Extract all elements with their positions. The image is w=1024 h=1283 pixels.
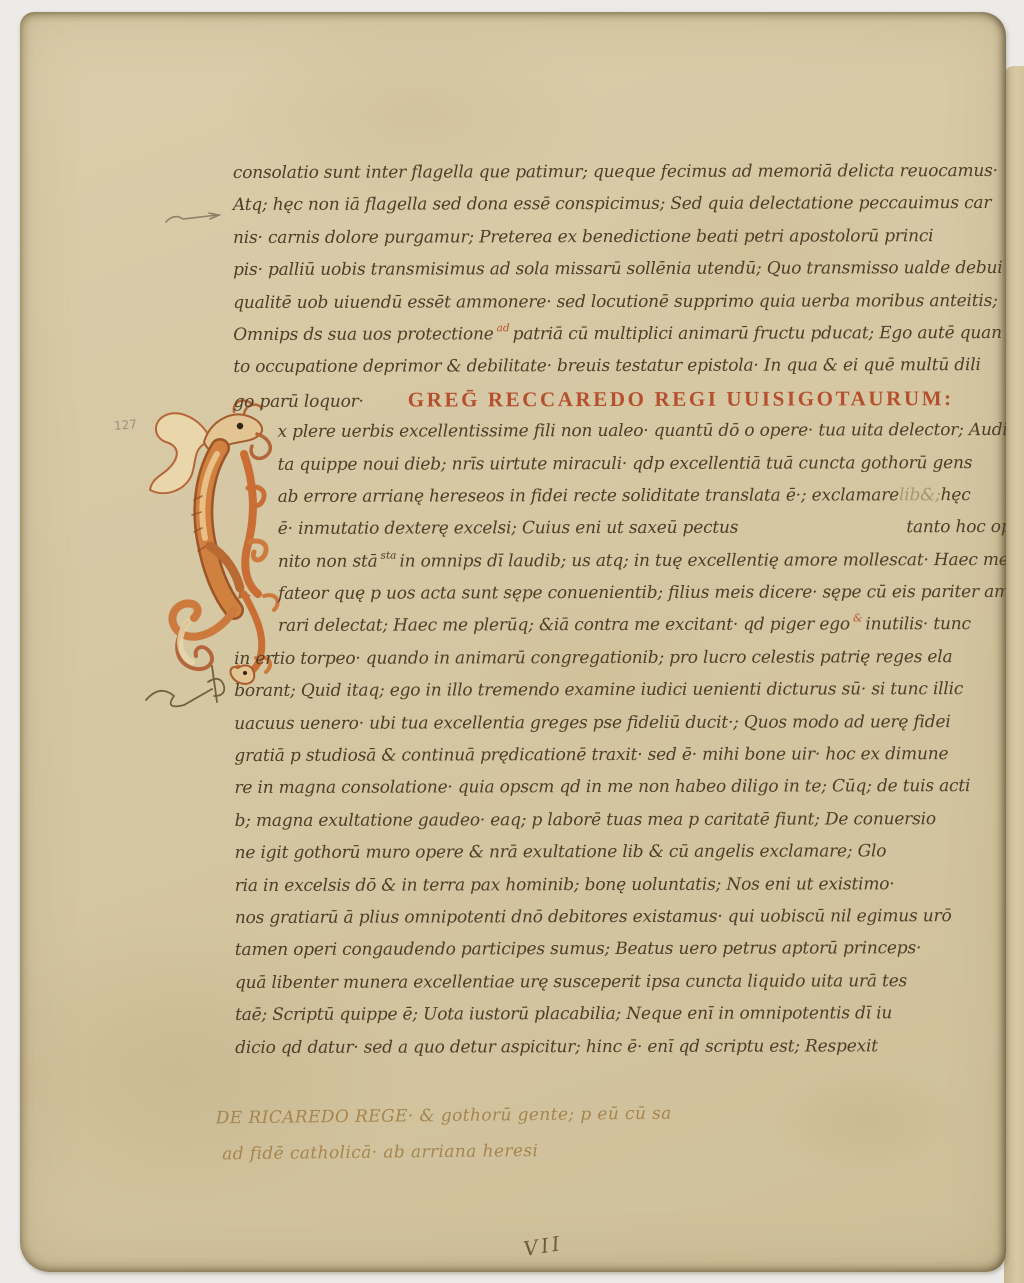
text-line: ne igit gothorū muro opere & nrā exultat… <box>235 835 995 869</box>
text-segment: sta <box>381 549 397 561</box>
underlying-folio-edge <box>1004 66 1024 1283</box>
text-line: pis· palliū uobis transmisimus ad sola m… <box>233 252 993 286</box>
text-line: Omnips ds sua uos protectioneadpatriā cū… <box>233 317 993 351</box>
text-segment: rari delectat; Haec me plerūq; &iā contr… <box>278 615 850 636</box>
text-segment: ad <box>497 322 510 334</box>
text-segment: Omnips ds sua uos protectione <box>233 324 493 345</box>
text-line: quā libenter munera excellentiae urę sus… <box>235 965 995 999</box>
text-line: fateor quę p uos acta sunt sępe conuenie… <box>234 576 994 610</box>
text-segment: dicio qd datur· sed a quo detur aspicitu… <box>235 1036 878 1058</box>
text-line: qualitē uob uiuendū essēt ammonere· sed … <box>233 285 993 319</box>
text-line: ria in excelsis dō & in terra pax homini… <box>235 868 995 902</box>
text-segment: go parū loquor· <box>233 391 363 411</box>
marginal-note-line: ad fidē catholicā· ab arriana heresi <box>216 1132 672 1173</box>
text-line: go parū loquor·GREḠ RECCAREDO REGI UUISI… <box>233 382 993 416</box>
parchment-page: 127 <box>20 12 1006 1272</box>
text-segment: x plere uerbis excellentissime fili non … <box>278 420 1006 442</box>
text-line: dicio qd datur· sed a quo detur aspicitu… <box>235 1030 995 1064</box>
marginal-note: DE RICAREDO REGE· & gothorū gente; p eū … <box>216 1096 673 1173</box>
text-line: gratiā p studiosā & continuā prędication… <box>234 738 994 772</box>
text-segment: pis· palliū uobis transmisimus ad sola m… <box>233 258 1002 280</box>
text-segment: ne igit gothorū muro opere & nrā exultat… <box>235 841 887 863</box>
text-segment: re in magna consolatione· quia opscm qd … <box>234 776 970 798</box>
text-segment: nis· carnis dolore purgamur; Preterea ex… <box>233 226 933 248</box>
text-segment: inutilis· tunc <box>865 615 971 635</box>
text-segment: ab errore arrianę hereseos in fidei rect… <box>278 485 899 507</box>
text-segment: consolatio sunt inter flagella que patim… <box>233 161 998 183</box>
text-segment: nito non stā <box>278 551 378 571</box>
photo-background: { "document": { "kind": "medieval manusc… <box>0 0 1024 1283</box>
marginal-note-line: DE RICAREDO REGE· & gothorū gente; p eū … <box>216 1096 672 1137</box>
text-segment: ria in excelsis dō & in terra pax homini… <box>235 874 895 896</box>
text-line: re in magna consolatione· quia opscm qd … <box>234 770 994 804</box>
text-segment: uacuus uenero· ubi tua excellentia grege… <box>234 712 950 734</box>
text-segment: b; magna exultatione gaudeo· eaq; p labo… <box>235 809 936 831</box>
text-line: consolatio sunt inter flagella que patim… <box>233 155 993 189</box>
beast-body <box>192 448 234 610</box>
text-line: ta quippe noui dieb; nrīs uirtute miracu… <box>234 447 994 481</box>
text-segment: tanto hoc opere cog <box>906 517 1006 537</box>
text-segment: in omnips dī laudib; us atq; in tuę exce… <box>399 550 1006 572</box>
text-line: nos gratiarū ā plius omnipotenti dnō deb… <box>235 900 995 934</box>
rubric-heading: GREḠ RECCAREDO REGI UUISIGOTAURUM: <box>408 386 954 411</box>
text-line: ab errore arrianę hereseos in fidei rect… <box>234 479 994 513</box>
text-segment: qualitē uob uiuendū essēt ammonere· sed … <box>233 291 998 313</box>
text-segment: taē; Scriptū quippe ē; Uota iustorū plac… <box>235 1003 892 1025</box>
text-line: rari delectat; Haec me plerūq; &iā contr… <box>234 608 994 642</box>
text-segment: ta quippe noui dieb; nrīs uirtute miracu… <box>278 453 973 475</box>
text-line: to occupatione deprimor & debilitate· br… <box>233 349 993 383</box>
text-line: in ertio torpeo· quando in animarū congr… <box>234 641 994 675</box>
text-segment: borant; Quid itaq; ego in illo tremendo … <box>234 679 963 701</box>
quire-mark: VII <box>487 1226 599 1267</box>
text-segment: to occupatione deprimor & debilitate· br… <box>233 355 980 377</box>
text-line: tamen operi congaudendo participes sumus… <box>235 932 995 966</box>
text-segment: Atq; hęc non iā flagella sed dona essē c… <box>233 193 991 215</box>
text-line: ē· inmutatio dexterę excelsi; Cuius eni … <box>234 511 994 545</box>
text-line: uacuus uenero· ubi tua excellentia grege… <box>234 706 994 740</box>
text-segment: lib&; <box>899 485 941 505</box>
text-segment: patriā cū multiplici animarū fructu pduc… <box>513 323 1002 344</box>
text-segment: in ertio torpeo· quando in animarū congr… <box>234 647 952 669</box>
text-segment: ē· inmutatio dexterę excelsi; Cuius eni … <box>278 518 739 539</box>
text-segment: & <box>853 613 862 625</box>
text-line: Atq; hęc non iā flagella sed dona essē c… <box>233 187 993 221</box>
text-line: borant; Quid itaq; ego in illo tremendo … <box>234 673 994 707</box>
text-segment: tamen operi congaudendo participes sumus… <box>235 939 921 961</box>
text-segment: fateor quę p uos acta sunt sępe conuenie… <box>278 582 1006 604</box>
main-text-block: consolatio sunt inter flagella que patim… <box>233 155 995 1064</box>
text-segment: nos gratiarū ā plius omnipotenti dnō deb… <box>235 906 952 928</box>
margin-scribble-mark <box>160 206 240 232</box>
text-line: x plere uerbis excellentissime fili non … <box>233 414 993 448</box>
text-segment: gratiā p studiosā & continuā prędication… <box>234 744 948 766</box>
text-line: b; magna exultatione gaudeo· eaq; p labo… <box>235 803 995 837</box>
text-line: nis· carnis dolore purgamur; Preterea ex… <box>233 220 993 254</box>
text-segment: hęc <box>941 485 971 505</box>
text-segment: quā libenter munera excellentiae urę sus… <box>235 971 907 993</box>
text-line: taē; Scriptū quippe ē; Uota iustorū plac… <box>235 997 995 1031</box>
text-line: nito non stāstain omnips dī laudib; us a… <box>234 544 994 578</box>
folio-number-pencil: 127 <box>113 417 137 433</box>
